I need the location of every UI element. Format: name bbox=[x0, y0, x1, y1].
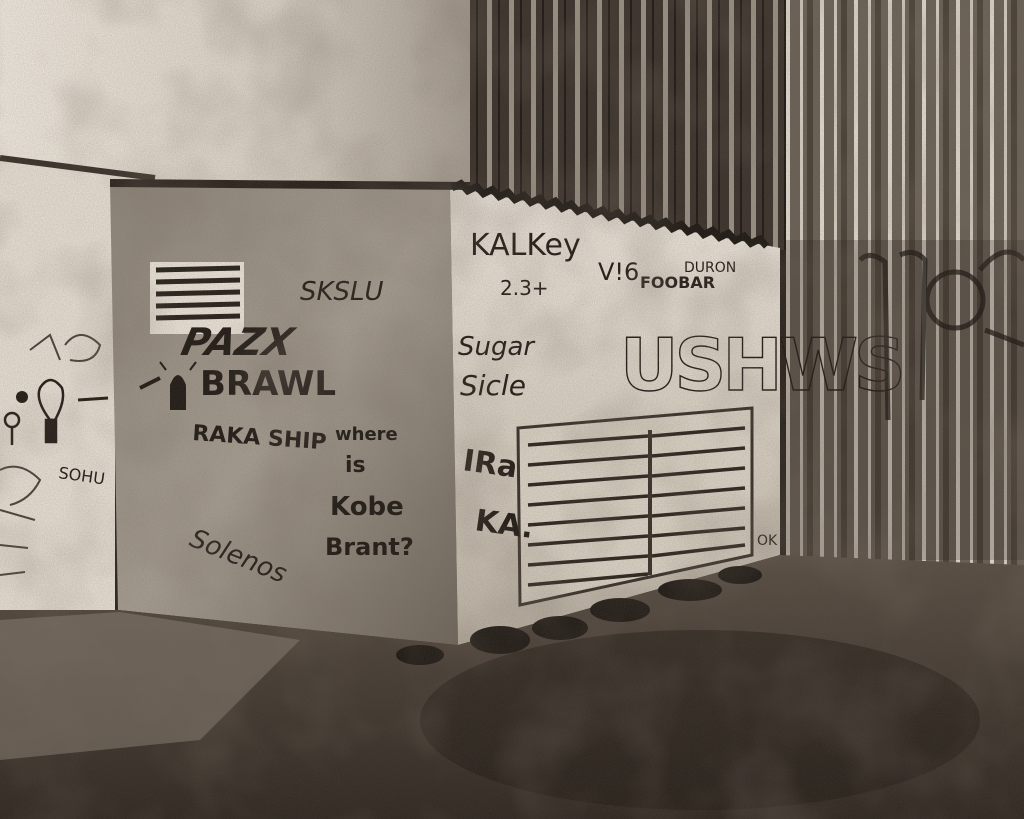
photograph: BRAWL RAKA SHIP PAZX SKSLU Solenos where… bbox=[0, 0, 1024, 819]
